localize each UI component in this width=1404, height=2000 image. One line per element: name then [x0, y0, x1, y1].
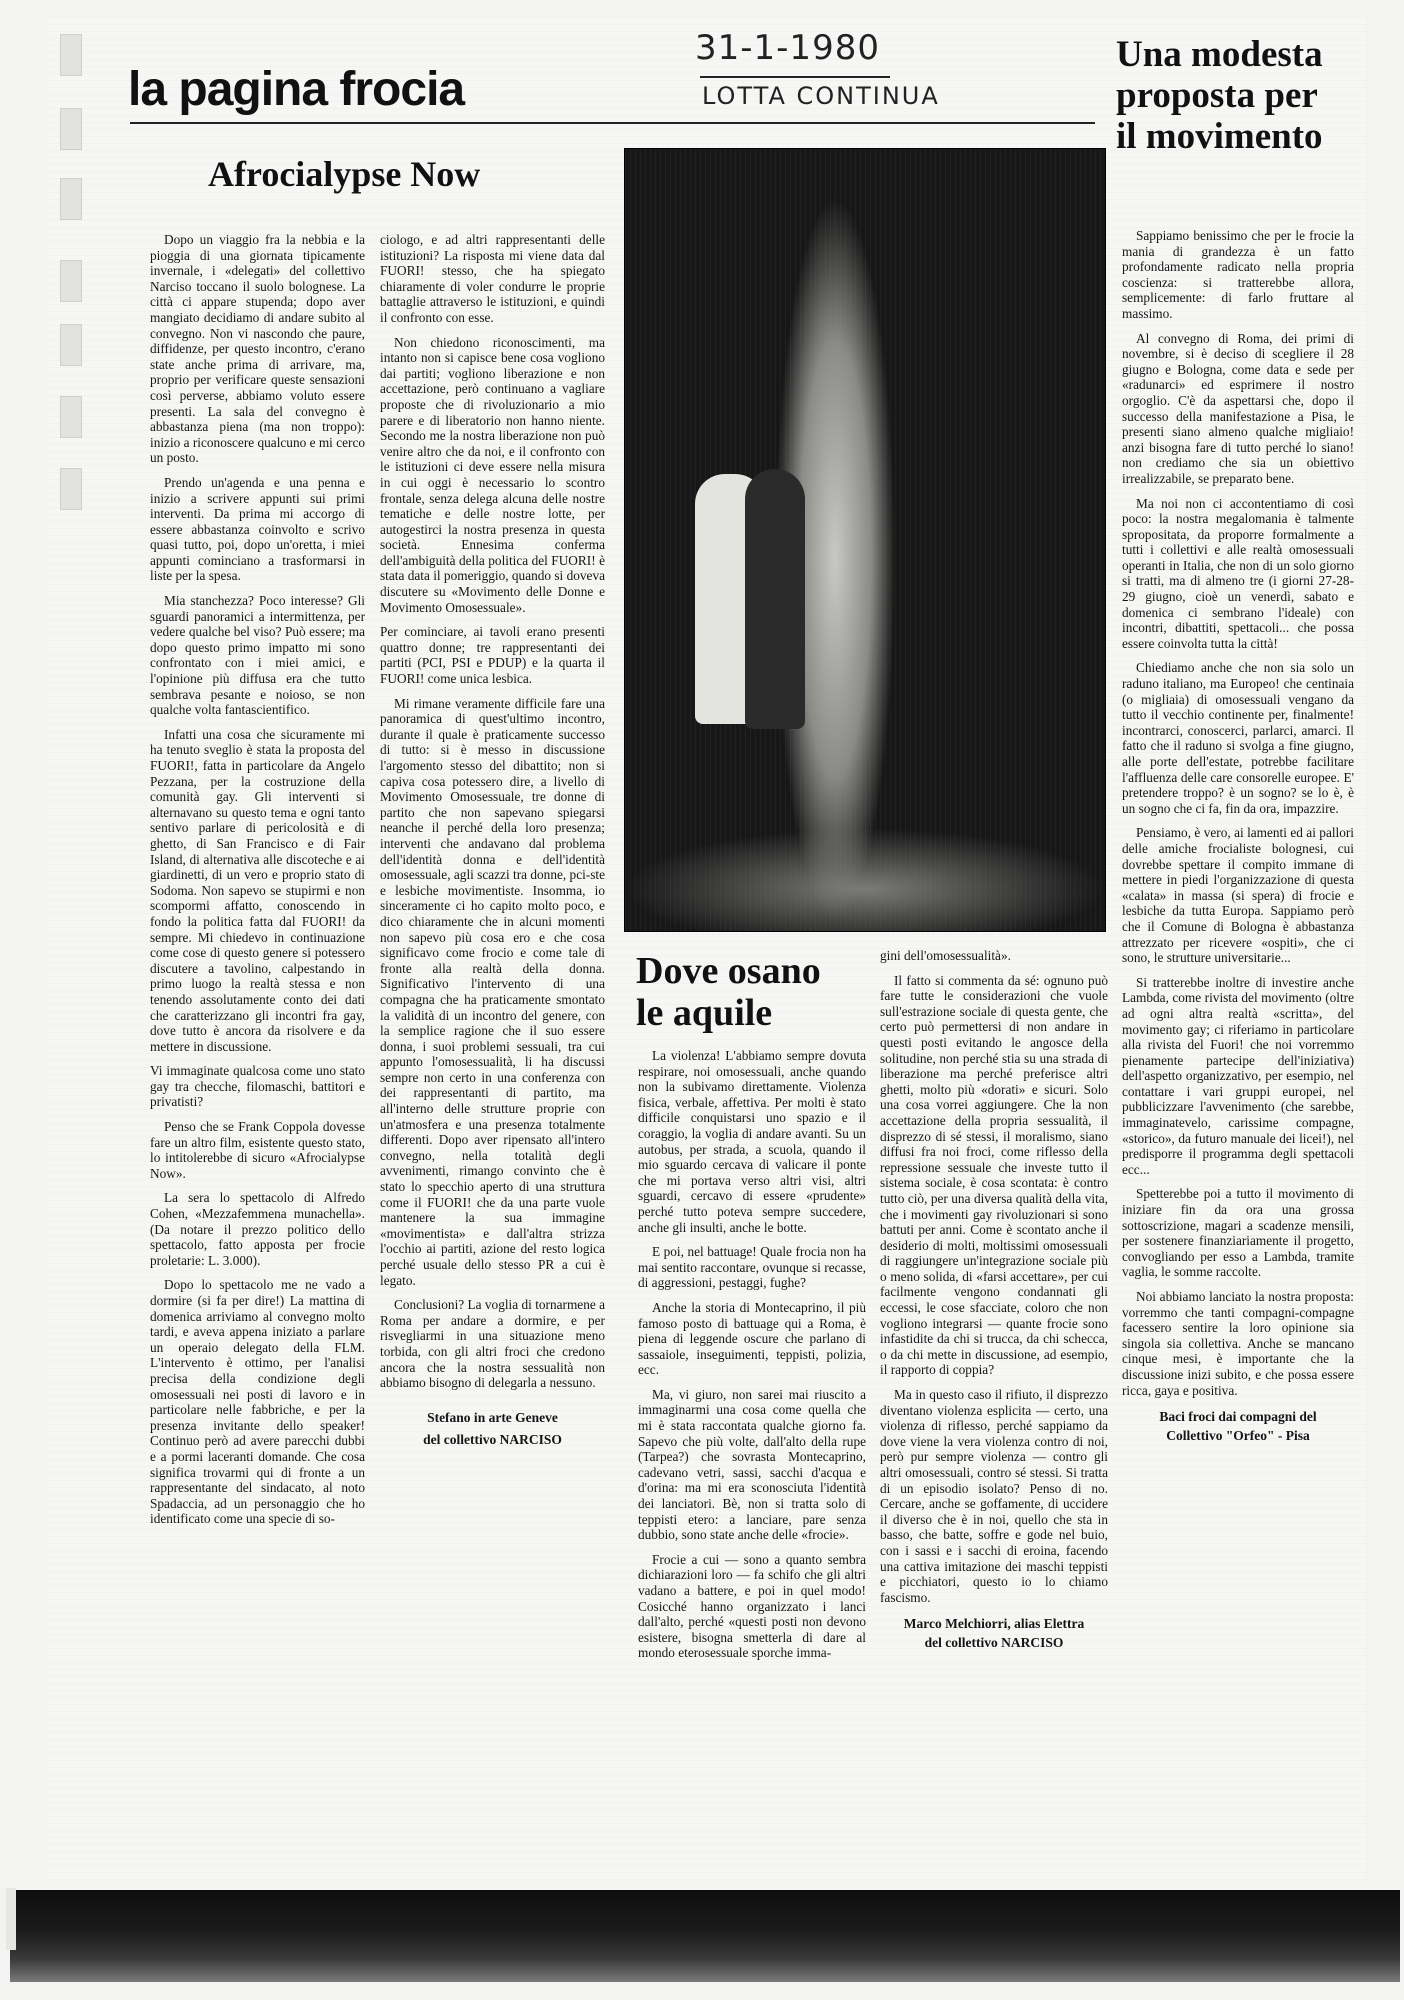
handwritten-date: 31-1-1980	[695, 28, 880, 68]
binding-tab	[60, 468, 82, 510]
paragraph: Si tratterebbe inoltre di investire anch…	[1122, 975, 1354, 1178]
afrocialypse-signature: Stefano in arte Geneve del collettivo NA…	[380, 1407, 605, 1451]
binding-tab	[60, 178, 82, 220]
paragraph: Non chiedono riconoscimenti, ma intanto …	[380, 335, 605, 616]
paragraph: Dopo lo spettacolo me ne vado a dormire …	[150, 1277, 365, 1527]
paragraph: Penso che se Frank Coppola dovesse fare …	[150, 1119, 365, 1181]
paragraph: Chiediamo anche che non sia solo un radu…	[1122, 660, 1354, 816]
headline-dove-osano: Dove osano le aquile	[636, 950, 856, 1034]
headline-afrocialypse: Afrocialypse Now	[208, 156, 480, 192]
paragraph: Mi rimane veramente difficile fare una p…	[380, 696, 605, 1289]
paragraph: Infatti una cosa che sicuramente mi ha t…	[150, 727, 365, 1054]
paragraph: La sera lo spettacolo di Alfredo Cohen, …	[150, 1190, 365, 1268]
masthead: la pagina frocia	[128, 62, 464, 117]
paragraph: Dopo un viaggio fra la nebbia e la piogg…	[150, 232, 365, 466]
binding-tab	[60, 324, 82, 366]
paragraph: Conclusioni? La voglia di tornarmene a R…	[380, 1297, 605, 1391]
afrocialypse-column-1: Dopo un viaggio fra la nebbia e la piogg…	[150, 232, 365, 1536]
signature-author: Marco Melchiorri, alias Elettra	[880, 1614, 1108, 1633]
paragraph: Anche la storia di Montecaprino, il più …	[638, 1300, 866, 1378]
signature-author: Stefano in arte Geneve	[380, 1407, 605, 1429]
masthead-rule	[130, 122, 1095, 124]
paragraph: ciologo, e ad altri rappresentanti delle…	[380, 232, 605, 326]
paragraph: Ma in questo caso il rifiuto, il disprez…	[880, 1387, 1108, 1605]
handwritten-paper-name: LOTTA CONTINUA	[702, 82, 940, 110]
signature-collective: del collettivo NARCISO	[880, 1633, 1108, 1652]
photo-figure-dark	[745, 469, 805, 729]
dove-osano-column-2: gini dell'omosessualità». Il fatto si co…	[880, 948, 1108, 1652]
signature-author: Baci froci dai compagni del	[1122, 1407, 1354, 1426]
modesta-proposta-signature: Baci froci dai compagni del Collettivo "…	[1122, 1407, 1354, 1445]
paragraph: Ma noi non ci accontentiamo di così poco…	[1122, 496, 1354, 652]
paragraph: E poi, nel battuage! Quale frocia non ha…	[638, 1244, 866, 1291]
afrocialypse-column-2: ciologo, e ad altri rappresentanti delle…	[380, 232, 605, 1451]
paragraph: Sappiamo benissimo che per le frocie la …	[1122, 228, 1354, 322]
paragraph: Mia stanchezza? Poco interesse? Gli sgua…	[150, 593, 365, 718]
paragraph: Vi immaginate qualcosa come uno stato ga…	[150, 1063, 365, 1110]
binding-tab	[6, 1888, 16, 1950]
binding-tab	[60, 396, 82, 438]
article-photo	[624, 148, 1106, 932]
paragraph: Noi abbiamo lanciato la nostra proposta:…	[1122, 1289, 1354, 1398]
paragraph: Spetterebbe poi a tutto il movimento di …	[1122, 1186, 1354, 1280]
binding-tab	[60, 108, 82, 150]
dove-osano-column-1: La violenza! L'abbiamo sempre dovuta res…	[638, 1048, 866, 1670]
handwritten-underline	[700, 76, 890, 78]
binding-tab	[60, 34, 82, 76]
paragraph: Ma, vi giuro, non sarei mai riuscito a i…	[638, 1387, 866, 1543]
modesta-proposta-column: Sappiamo benissimo che per le frocie la …	[1122, 228, 1354, 1445]
paragraph: gini dell'omosessualità».	[880, 948, 1108, 964]
headline-modesta-proposta: Una modesta proposta per il movimento	[1116, 34, 1346, 157]
paragraph: Pensiamo, è vero, ai lamenti ed ai pallo…	[1122, 825, 1354, 965]
binding-tab	[60, 260, 82, 302]
scan-bottom-shadow	[10, 1890, 1400, 1982]
paragraph: Il fatto si commenta da sé: ognuno può f…	[880, 973, 1108, 1378]
paragraph: Prendo un'agenda e una penna e inizio a …	[150, 475, 365, 584]
dove-osano-signature: Marco Melchiorri, alias Elettra del coll…	[880, 1614, 1108, 1652]
signature-collective: Collettivo "Orfeo" - Pisa	[1122, 1426, 1354, 1445]
paragraph: Per cominciare, ai tavoli erano presenti…	[380, 624, 605, 686]
signature-collective: del collettivo NARCISO	[380, 1429, 605, 1451]
paragraph: La violenza! L'abbiamo sempre dovuta res…	[638, 1048, 866, 1235]
paragraph: Frocie a cui — sono a quanto sembra dich…	[638, 1552, 866, 1661]
paragraph: Al convegno di Roma, dei primi di novemb…	[1122, 331, 1354, 487]
